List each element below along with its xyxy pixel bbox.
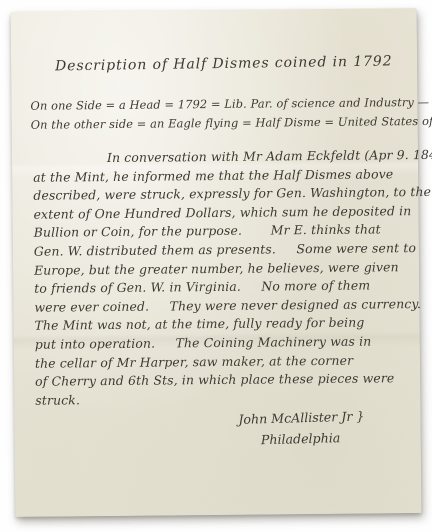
signature-block: John McAllister Jr } Philadelphia (238, 405, 365, 450)
signature-name: John McAllister Jr } (238, 405, 365, 429)
reverse-description-line: On the other side = an Eagle flying = Ha… (31, 111, 432, 134)
document-title: Description of Half Dismes coined in 179… (55, 53, 393, 74)
scan-background: Description of Half Dismes coined in 179… (0, 0, 432, 532)
manuscript-line: Europe, but the greater number, he belie… (34, 257, 432, 280)
manuscript-body: In conversation with Mr Adam Eckfeldt (A… (33, 146, 432, 410)
signature-place: Philadelphia (239, 426, 366, 450)
manuscript-line: of Cherry and 6th Sts, in which place th… (35, 369, 432, 392)
manuscript-paper: Description of Half Dismes coined in 179… (11, 8, 422, 517)
coin-description-block: On one Side = a Head = 1792 = Lib. Par. … (30, 92, 432, 133)
